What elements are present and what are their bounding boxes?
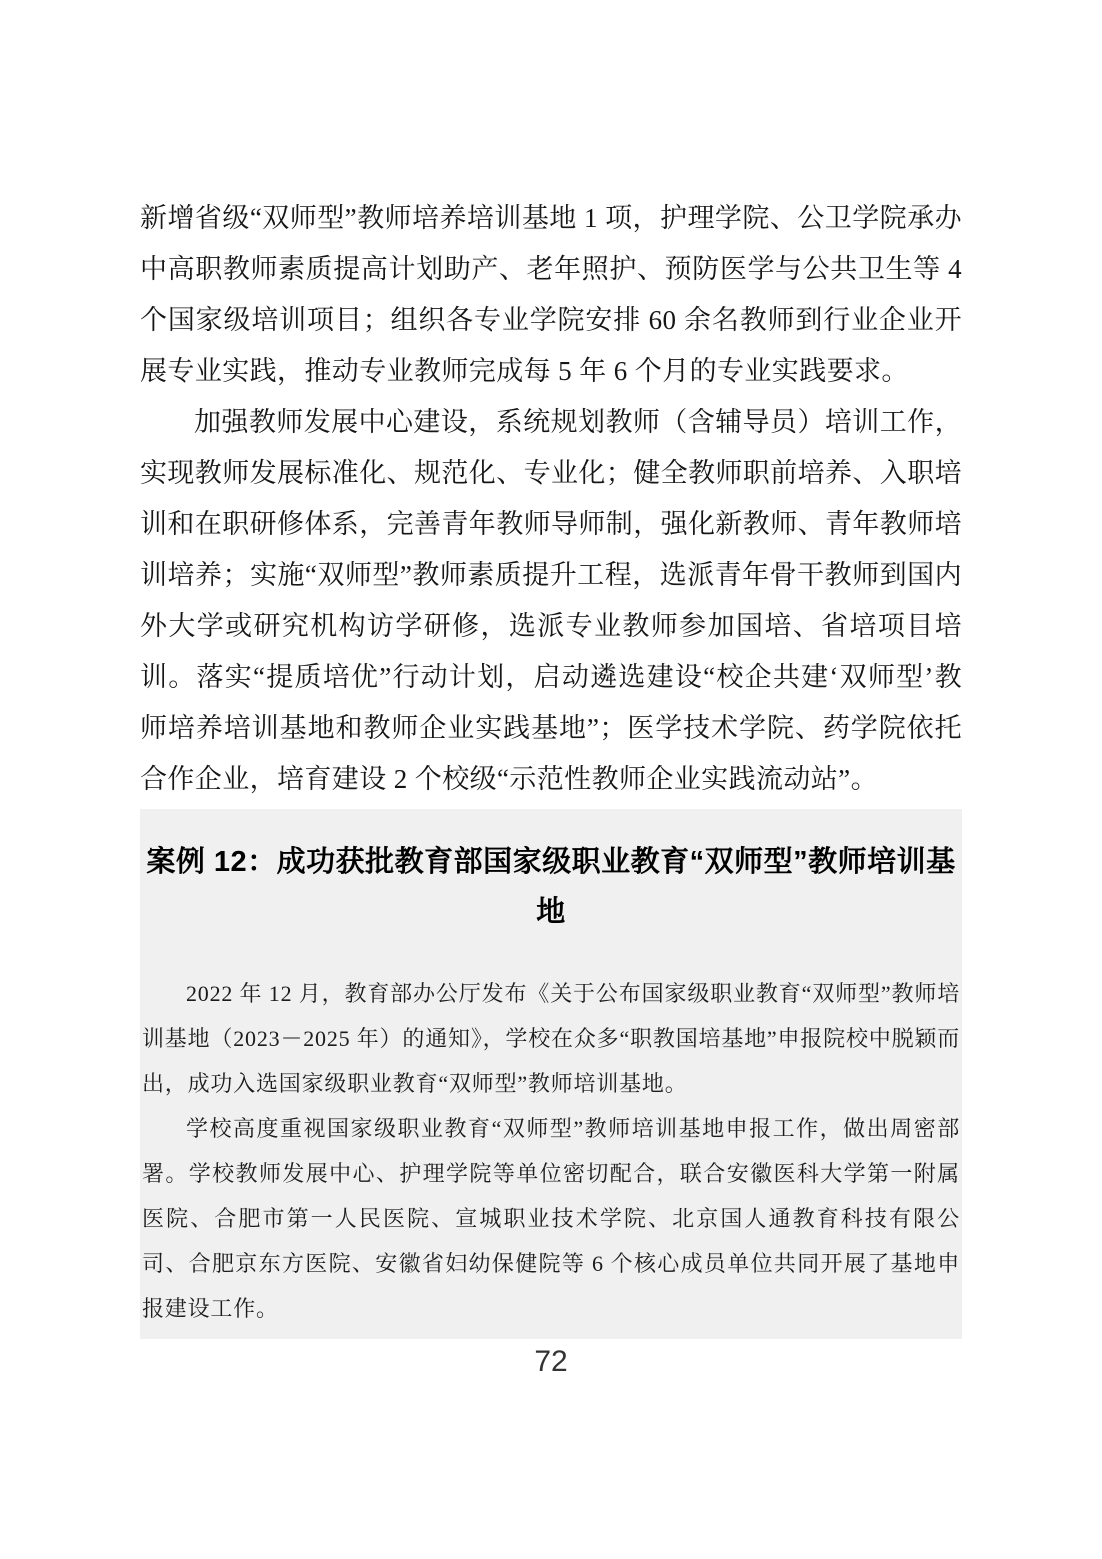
page-number: 72 <box>0 1345 1102 1379</box>
content-area: 新增省级“双师型”教师培养培训基地 1 项，护理学院、公卫学院承办中高职教师素质… <box>140 193 962 1339</box>
body-paragraph: 加强教师发展中心建设，系统规划教师（含辅导员）培训工作，实现教师发展标准化、规范… <box>140 397 962 805</box>
case-paragraph: 2022 年 12 月，教育部办公厅发布《关于公布国家级职业教育“双师型”教师培… <box>142 971 960 1106</box>
body-paragraph-continuation: 新增省级“双师型”教师培养培训基地 1 项，护理学院、公卫学院承办中高职教师素质… <box>140 193 962 397</box>
case-box: 案例 12：成功获批教育部国家级职业教育“双师型”教师培训基地 2022 年 1… <box>140 809 962 1339</box>
document-page: 新增省级“双师型”教师培养培训基地 1 项，护理学院、公卫学院承办中高职教师素质… <box>0 0 1102 1559</box>
case-paragraph: 学校高度重视国家级职业教育“双师型”教师培训基地申报工作，做出周密部署。学校教师… <box>142 1106 960 1331</box>
case-heading: 案例 12：成功获批教育部国家级职业教育“双师型”教师培训基地 <box>142 837 960 937</box>
